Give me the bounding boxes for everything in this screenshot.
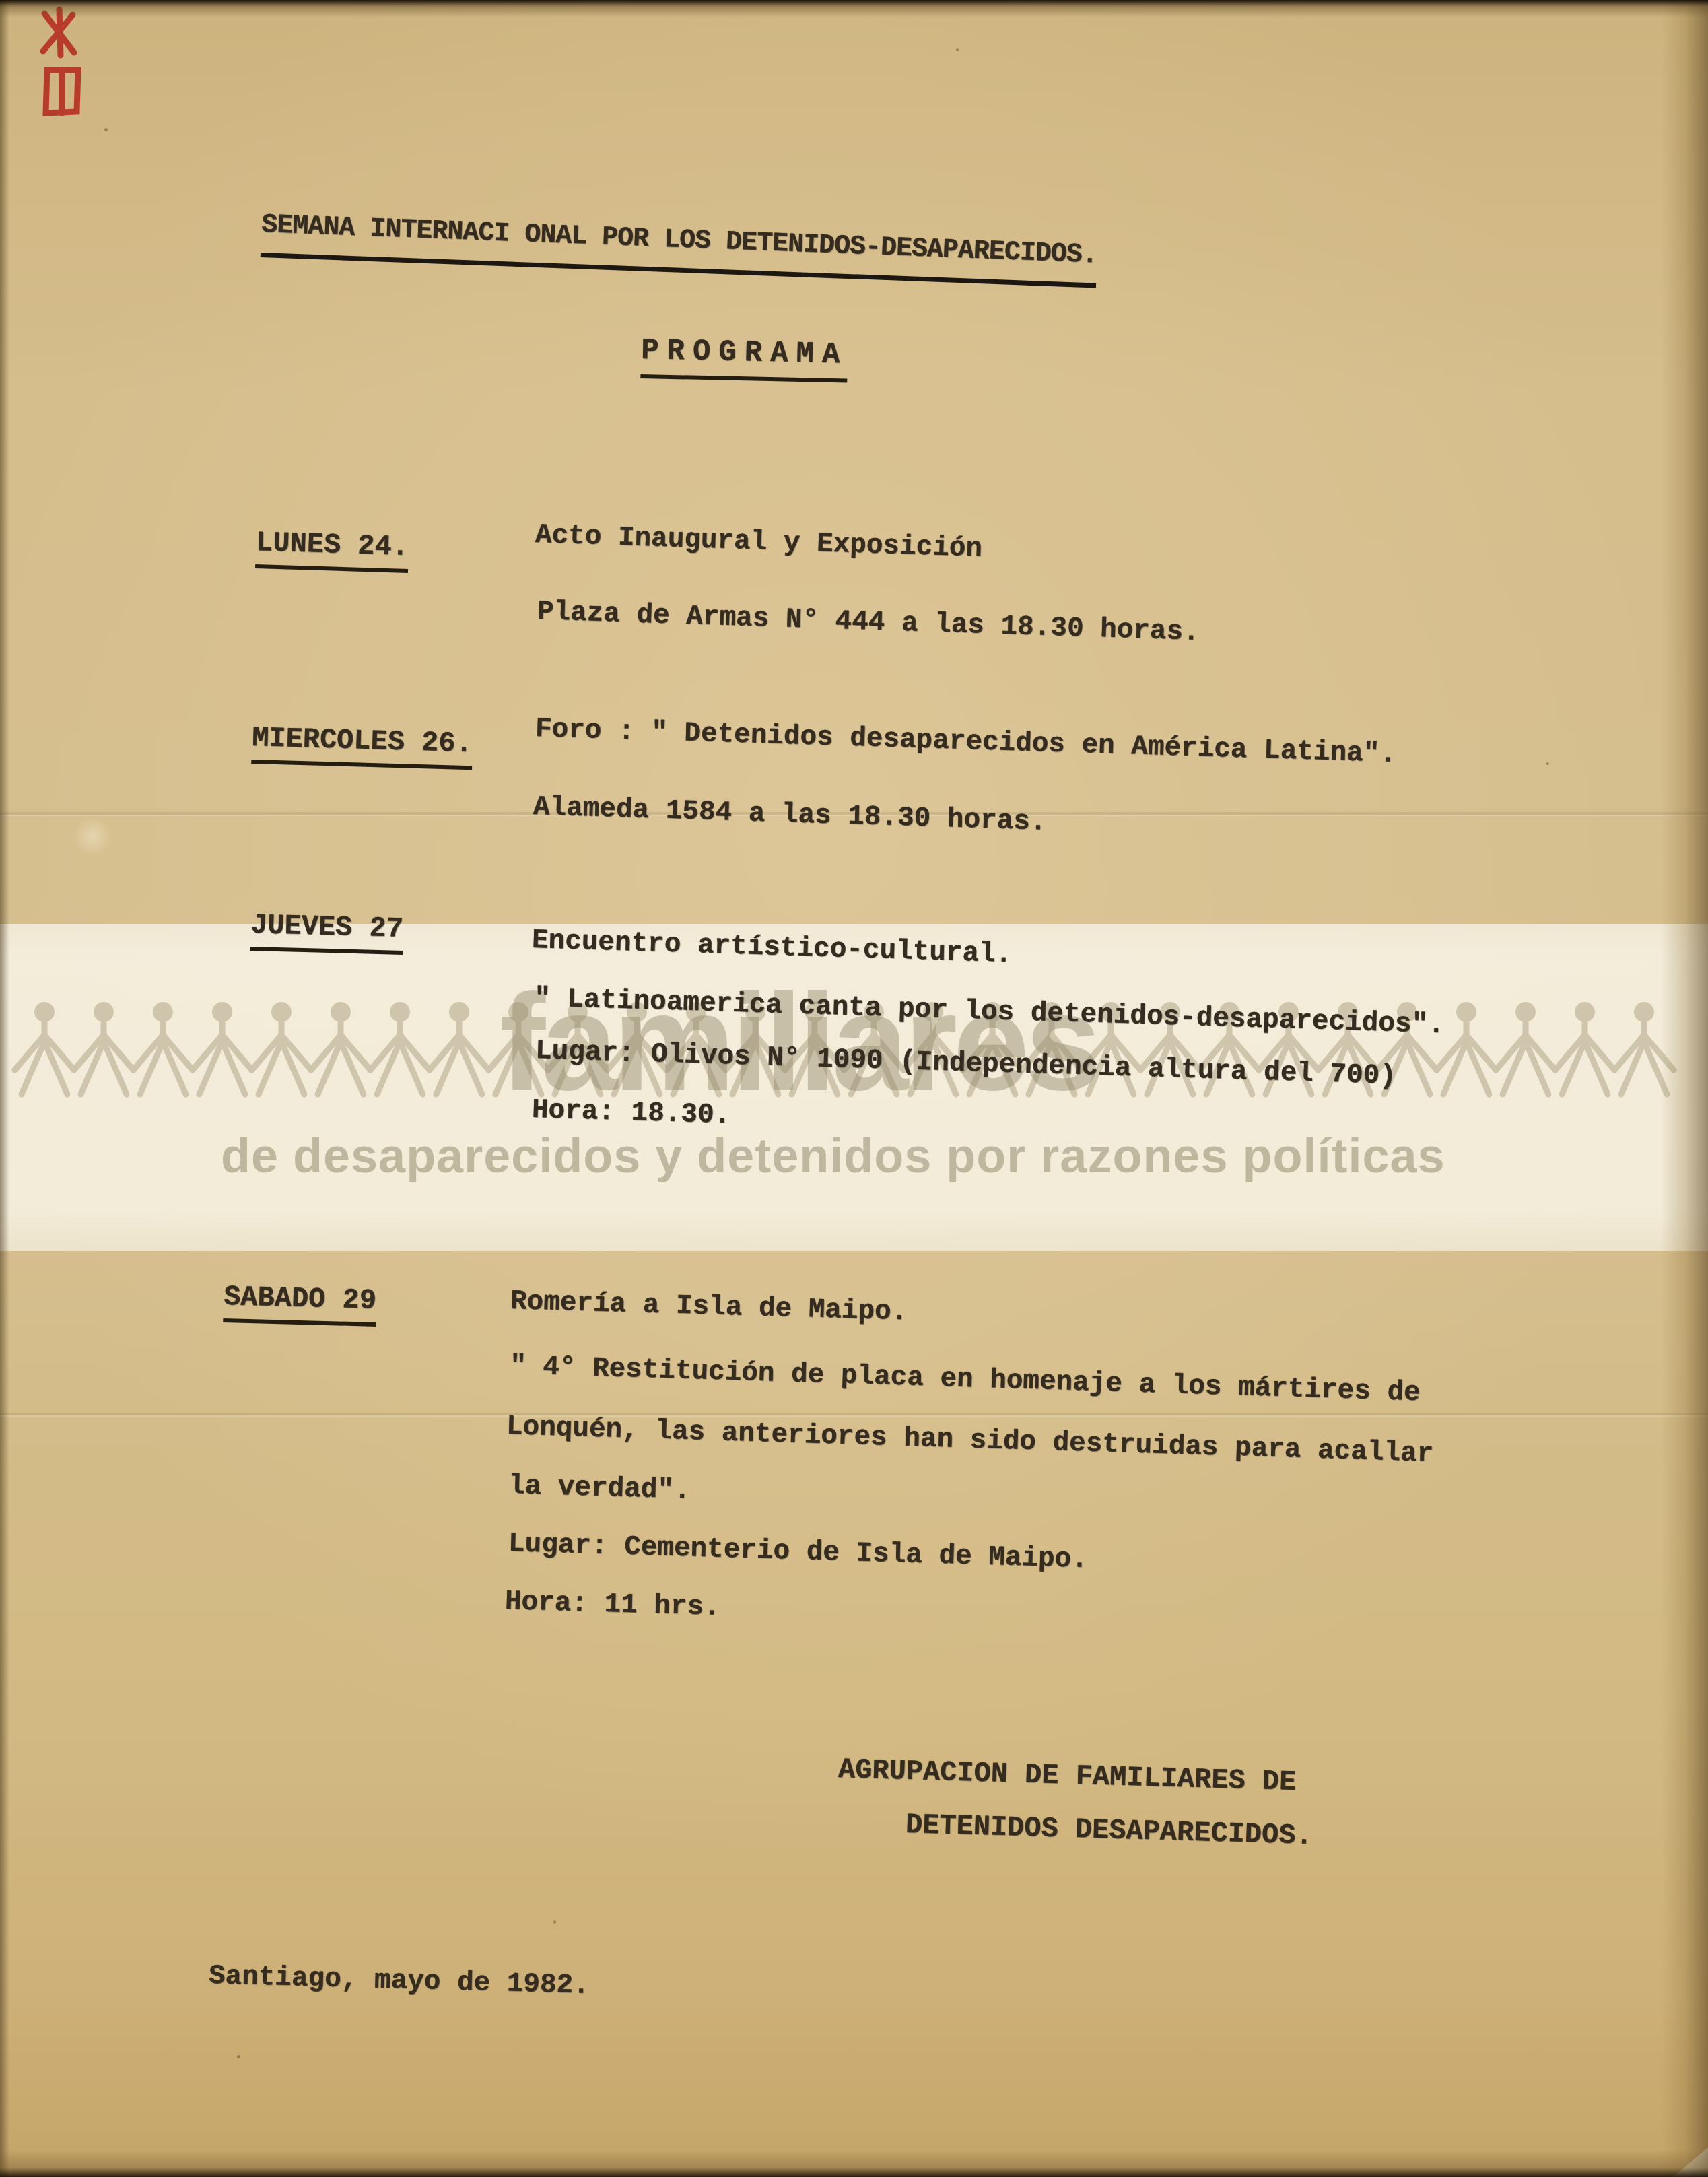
schedule-line: " 4° Restitución de placa en homenaje a … (509, 1351, 1421, 1409)
schedule-line: la verdad". (508, 1471, 691, 1507)
document-title: SEMANA INTERNACI ONAL POR LOS DETENIDOS-… (261, 210, 1098, 288)
schedule-line: Acto Inaugural y Exposición (535, 520, 982, 565)
red-annotation-icon (32, 5, 106, 123)
schedule-line: Alameda 1584 a las 18.30 horas. (533, 792, 1047, 838)
signature-line-2: DETENIDOS DESAPARECIDOS. (905, 1809, 1313, 1852)
ink-speck (104, 128, 108, 131)
schedule-line: Foro : " Detenidos desaparecidos en Amér… (535, 714, 1396, 770)
schedule-line: Lugar: Cementerio de Isla de Maipo. (508, 1529, 1088, 1576)
schedule-line: Lonquén, las anteriores han sido destrui… (506, 1411, 1434, 1470)
fold-crease-lower (0, 1413, 1708, 1415)
lifted-corner (1673, 2147, 1708, 2177)
day-label-jueves-27: JUEVES 27 (250, 909, 403, 955)
document-subtitle: PROGRAMA (640, 334, 848, 382)
day-label-miercoles-26: MIERCOLES 26. (251, 722, 473, 770)
schedule-line: Hora: 11 hrs. (504, 1586, 720, 1623)
watermark-tagline: de desaparecidos y detenidos por razones… (221, 1129, 1445, 1184)
schedule-line: Plaza de Armas N° 444 a las 18.30 horas. (537, 597, 1200, 648)
ink-speck (553, 1920, 556, 1924)
date-line: Santiago, mayo de 1982. (208, 1961, 590, 2002)
ink-speck (1546, 762, 1549, 765)
day-label-lunes-24: LUNES 24. (255, 527, 409, 573)
schedule-line: Romería a Isla de Maipo. (510, 1286, 908, 1328)
ink-speck (956, 48, 959, 51)
paper-light-spot (73, 816, 113, 857)
day-label-sabado-29: SABADO 29 (223, 1281, 376, 1327)
ink-speck (237, 2055, 240, 2058)
signature-line-1: AGRUPACION DE FAMILIARES DE (838, 1753, 1297, 1799)
schedule-line: Hora: 18.30. (531, 1095, 730, 1131)
scanned-document-page: familiares de desaparecidos y detenidos … (0, 0, 1708, 2177)
